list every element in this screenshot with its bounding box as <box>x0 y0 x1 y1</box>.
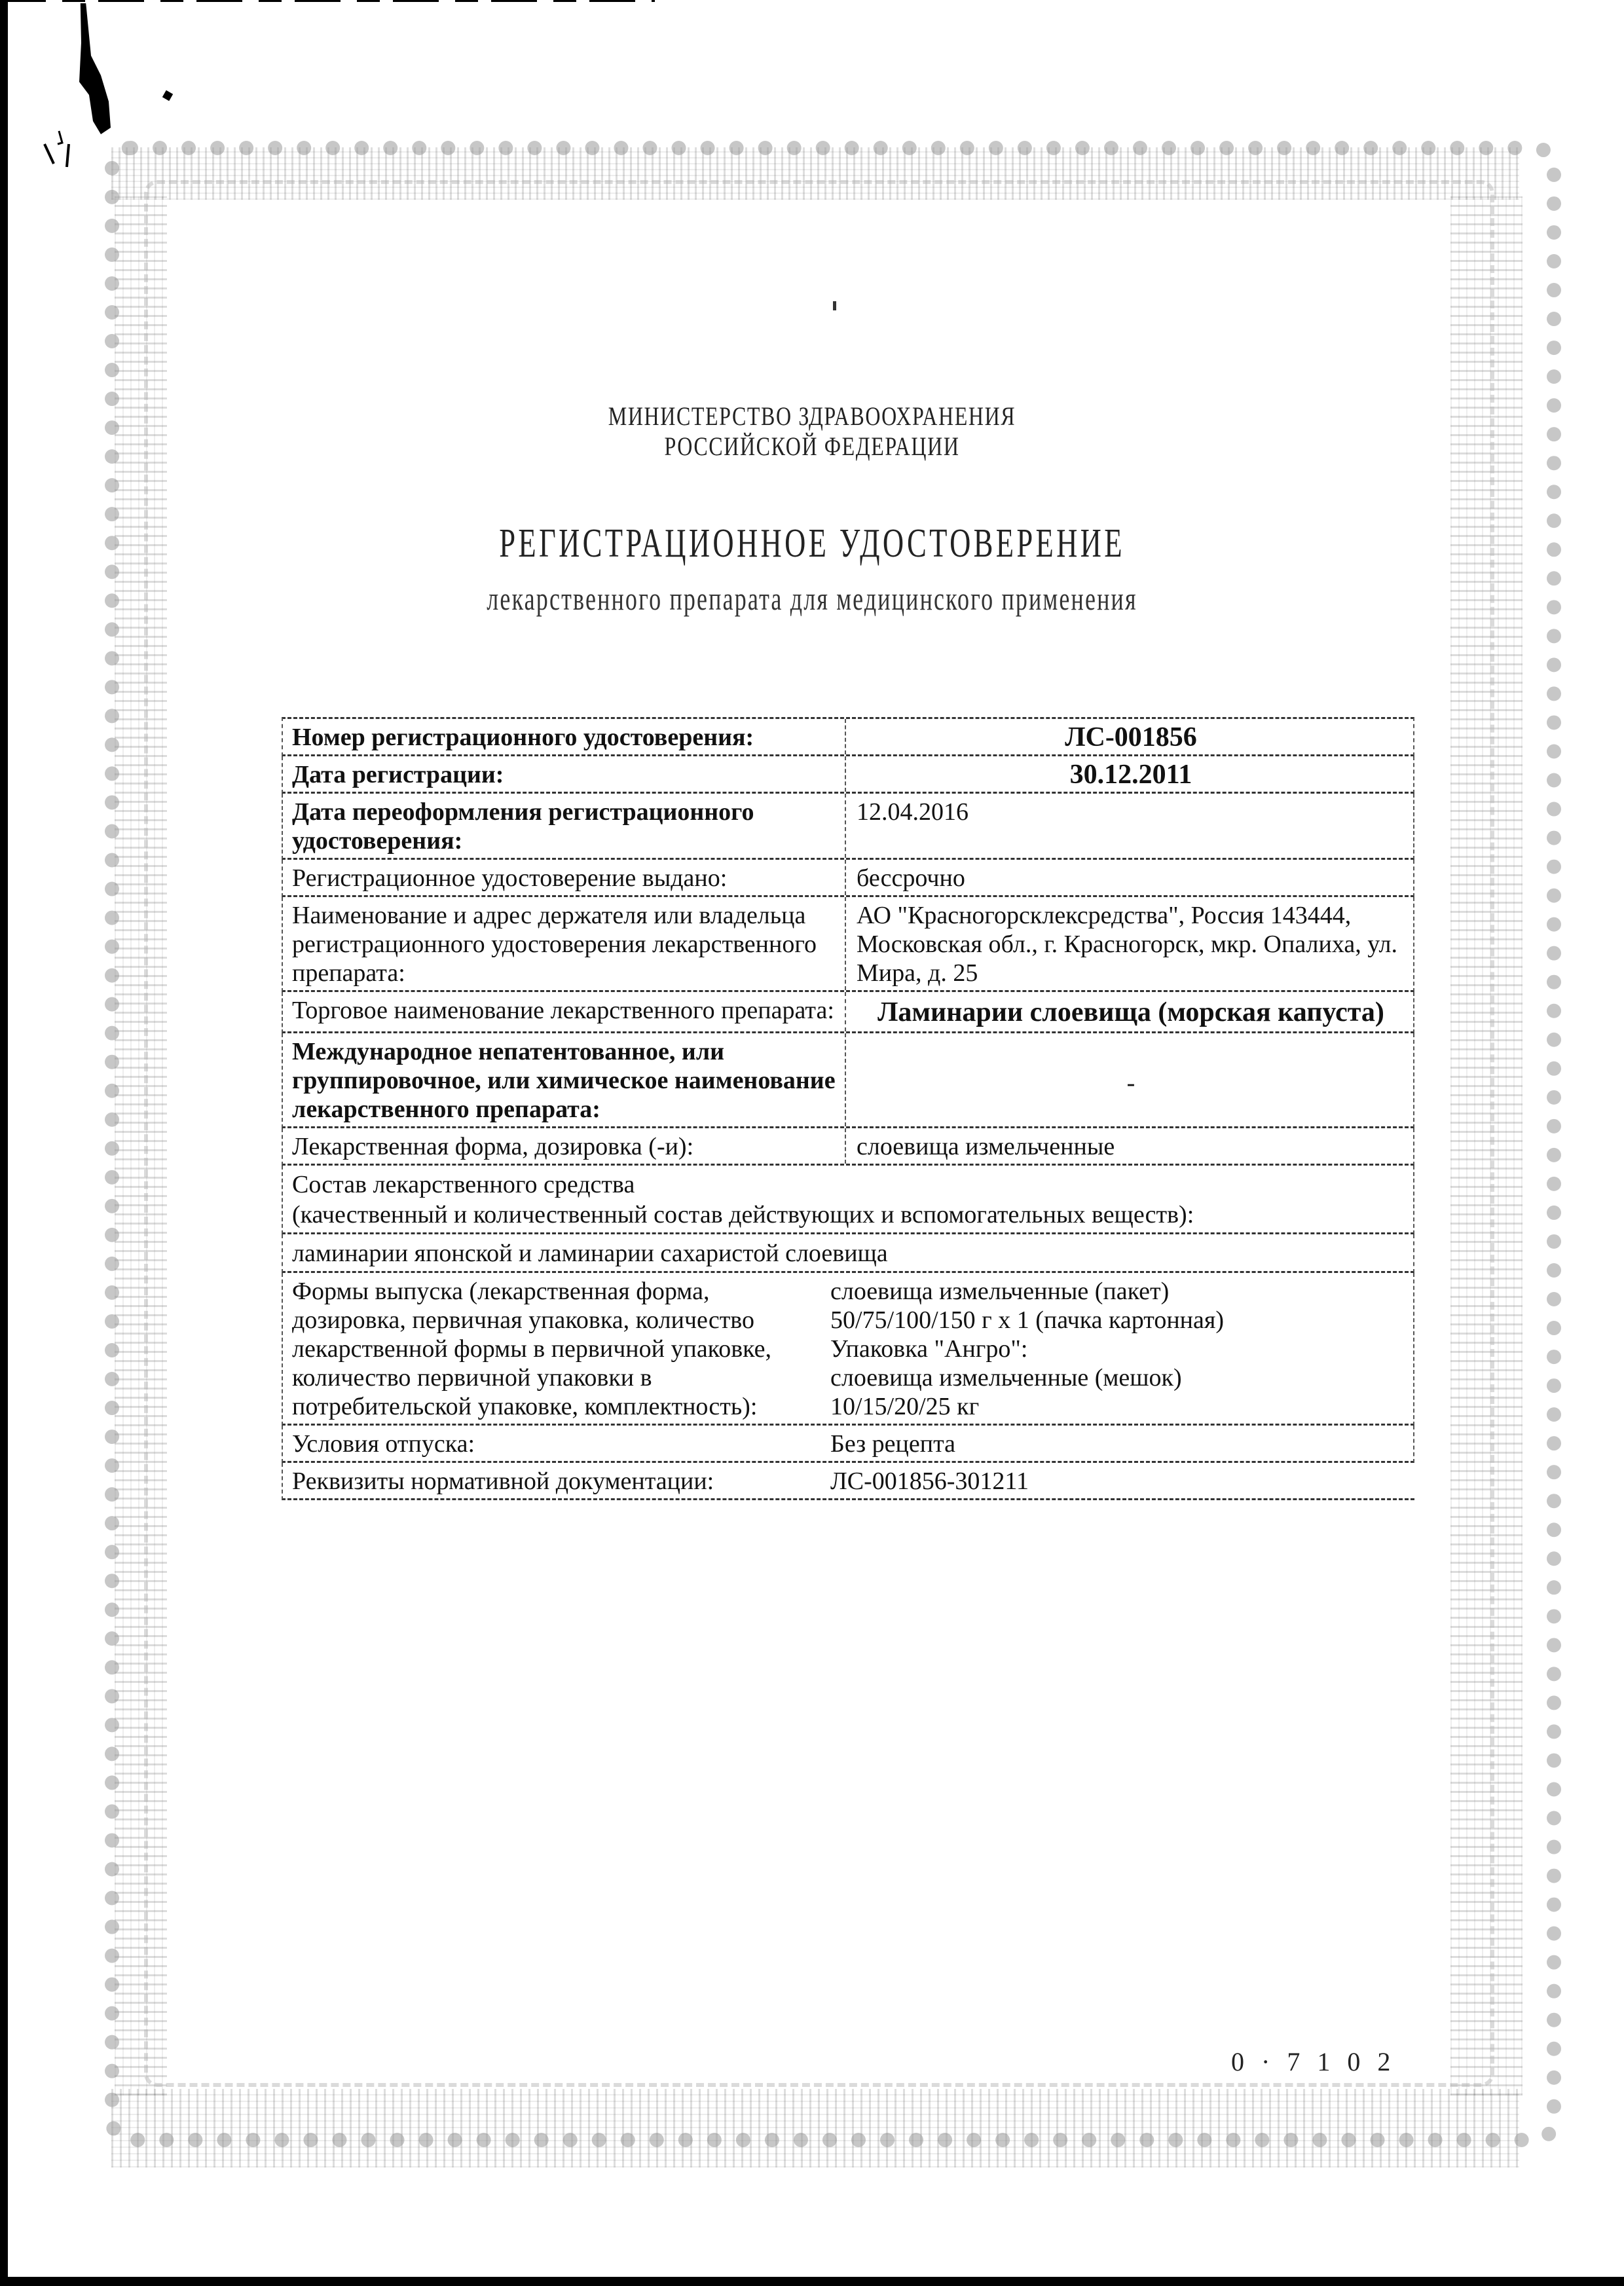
row-label: Реквизиты нормативной документации: <box>283 1463 820 1498</box>
row-label: Лекарственная форма, дозировка (-и): <box>283 1128 846 1164</box>
ministry-line-1: МИНИСТЕРСТВО ЗДРАВООХРАНЕНИЯ <box>162 401 1462 432</box>
table-row-composition-value: ламинарии японской и ламинарии сахаристо… <box>282 1234 1414 1273</box>
inn-value: - <box>846 1033 1413 1126</box>
dispensing-value: Без рецепта <box>820 1426 1413 1461</box>
row-label: Дата регистрации: <box>283 756 846 792</box>
row-label: Наименование и адрес держателя или владе… <box>283 897 846 990</box>
row-label: Международное непатентованное, или групп… <box>283 1033 846 1126</box>
release-line: 10/15/20/25 кг <box>830 1392 1405 1421</box>
row-label: Торговое наименование лекарственного пре… <box>283 992 846 1031</box>
composition-label: Состав лекарственного средства <box>292 1170 1405 1200</box>
form-serial-number: 0 · 7 1 0 2 <box>1231 2046 1395 2077</box>
table-row-holder: Наименование и адрес держателя или владе… <box>282 897 1414 992</box>
row-label: Номер регистрационного удостоверения: <box>283 719 846 754</box>
scan-speck <box>833 301 836 310</box>
row-label: Регистрационное удостоверение выдано: <box>283 860 846 895</box>
release-line: слоевища измельченные (пакет) <box>830 1277 1405 1306</box>
registration-number: ЛС-001856 <box>846 719 1413 754</box>
row-label: Дата переоформления регистрационного удо… <box>283 794 846 858</box>
table-row-registration-date: Дата регистрации: 30.12.2011 <box>282 756 1414 794</box>
normative-doc-value: ЛС-001856-301211 <box>820 1463 1414 1498</box>
staple-mark <box>77 3 117 134</box>
registration-date: 30.12.2011 <box>846 756 1413 792</box>
composition-value: ламинарии японской и ламинарии сахаристо… <box>283 1234 1413 1271</box>
table-row-trade-name: Торговое наименование лекарственного пре… <box>282 992 1414 1033</box>
composition-header: Состав лекарственного средства (качестве… <box>283 1166 1413 1232</box>
release-line: Упаковка "Ангро": <box>830 1335 1405 1363</box>
holder-name-address: АО "Красногорсклексредства", Россия 1434… <box>846 897 1413 990</box>
handwritten-mark-icon <box>39 124 79 170</box>
table-row-normative-doc: Реквизиты нормативной документации: ЛС-0… <box>282 1463 1414 1500</box>
dosage-form: слоевища измельченные <box>846 1128 1413 1164</box>
table-row-inn: Международное непатентованное, или групп… <box>282 1033 1414 1128</box>
scan-speck <box>162 90 173 101</box>
row-label: Условия отпуска: <box>283 1426 820 1461</box>
validity: бессрочно <box>846 860 1413 895</box>
reissue-date: 12.04.2016 <box>846 794 1413 858</box>
row-label: Формы выпуска (лекарственная форма, дози… <box>283 1273 820 1424</box>
composition-sublabel: (качественный и количественный состав де… <box>292 1200 1405 1230</box>
release-line: 50/75/100/150 г x 1 (пачка картонная) <box>830 1306 1405 1335</box>
scan-edge-left <box>0 0 8 2286</box>
table-row-reissue-date: Дата переоформления регистрационного удо… <box>282 794 1414 860</box>
table-row-dispensing: Условия отпуска: Без рецепта <box>282 1426 1414 1463</box>
release-line: слоевища измельченные (мешок) <box>830 1363 1405 1392</box>
release-forms-value: слоевища измельченные (пакет) 50/75/100/… <box>820 1273 1413 1424</box>
scan-edge-top <box>0 0 655 2</box>
scan-edge-bottom <box>0 2277 1624 2286</box>
document-subtitle: лекарственного препарата для медицинског… <box>227 580 1397 618</box>
table-row-registration-number: Номер регистрационного удостоверения: ЛС… <box>282 717 1414 756</box>
table-row-validity: Регистрационное удостоверение выдано: бе… <box>282 860 1414 897</box>
table-row-dosage-form: Лекарственная форма, дозировка (-и): сло… <box>282 1128 1414 1166</box>
table-row-release-forms: Формы выпуска (лекарственная форма, дози… <box>282 1273 1414 1426</box>
table-row-composition-header: Состав лекарственного средства (качестве… <box>282 1166 1414 1234</box>
registration-table: Номер регистрационного удостоверения: ЛС… <box>282 717 1414 1500</box>
document-title: РЕГИСТРАЦИОННОЕ УДОСТОВЕРЕНИЕ <box>227 521 1397 567</box>
ministry-line-2: РОССИЙСКОЙ ФЕДЕРАЦИИ <box>162 431 1462 462</box>
trade-name: Ламинарии слоевища (морская капуста) <box>846 992 1413 1031</box>
